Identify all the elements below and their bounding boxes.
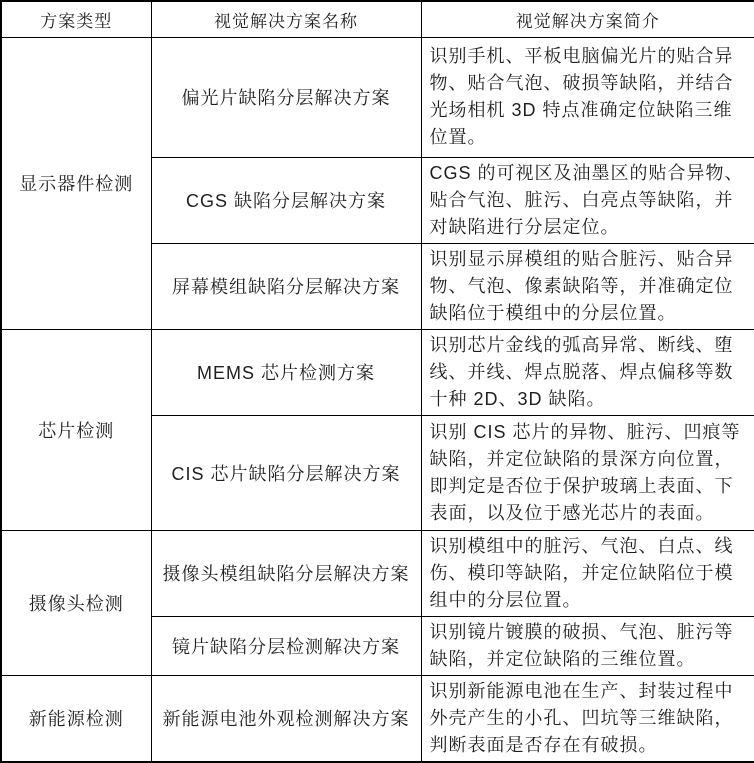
column-header-type: 方案类型 [1, 1, 151, 37]
category-cell-new-energy: 新能源检测 [1, 675, 151, 762]
solution-name-cell: 屏幕模组缺陷分层解决方案 [151, 243, 421, 329]
table-row: 显示器件检测 偏光片缺陷分层解决方案 识别手机、平板电脑偏光片的贴合异物、贴合气… [1, 37, 754, 157]
table-row: 新能源检测 新能源电池外观检测解决方案 识别新能源电池在生产、封装过程中外壳产生… [1, 675, 754, 762]
column-header-intro: 视觉解决方案简介 [421, 1, 754, 37]
solution-intro-cell: 识别镜片镀膜的破损、气泡、脏污等缺陷，并定位缺陷的三维位置。 [421, 616, 754, 675]
vision-solutions-table: 方案类型 视觉解决方案名称 视觉解决方案简介 显示器件检测 偏光片缺陷分层解决方… [0, 0, 754, 763]
header-row: 方案类型 视觉解决方案名称 视觉解决方案简介 [1, 1, 754, 37]
page: 方案类型 视觉解决方案名称 视觉解决方案简介 显示器件检测 偏光片缺陷分层解决方… [0, 0, 754, 756]
solution-name-cell: MEMS 芯片检测方案 [151, 329, 421, 415]
solution-name-cell: 摄像头模组缺陷分层解决方案 [151, 530, 421, 616]
solution-name-cell: CIS 芯片缺陷分层解决方案 [151, 415, 421, 530]
solution-intro-cell: 识别新能源电池在生产、封装过程中外壳产生的小孔、凹坑等三维缺陷，判断表面是否存在… [421, 675, 754, 762]
category-cell-chip: 芯片检测 [1, 329, 151, 530]
solution-name-cell: 偏光片缺陷分层解决方案 [151, 37, 421, 157]
solution-name-cell: 镜片缺陷分层检测解决方案 [151, 616, 421, 675]
table-row: 芯片检测 MEMS 芯片检测方案 识别芯片金线的弧高异常、断线、堕线、并线、焊点… [1, 329, 754, 415]
solution-intro-cell: 识别芯片金线的弧高异常、断线、堕线、并线、焊点脱落、焊点偏移等数十种 2D、3D… [421, 329, 754, 415]
column-header-name: 视觉解决方案名称 [151, 1, 421, 37]
solution-intro-cell: 识别模组中的脏污、气泡、白点、线伤、模印等缺陷，并定位缺陷位于模组中的分层位置。 [421, 530, 754, 616]
solution-intro-cell: CGS 的可视区及油墨区的贴合异物、贴合气泡、脏污、白亮点等缺陷，并对缺陷进行分… [421, 157, 754, 243]
solution-intro-cell: 识别手机、平板电脑偏光片的贴合异物、贴合气泡、破损等缺陷，并结合光场相机 3D … [421, 37, 754, 157]
solution-intro-cell: 识别 CIS 芯片的异物、脏污、凹痕等缺陷，并定位缺陷的景深方向位置，即判定是否… [421, 415, 754, 530]
category-cell-display-device: 显示器件检测 [1, 37, 151, 329]
category-cell-camera: 摄像头检测 [1, 530, 151, 675]
solution-name-cell: 新能源电池外观检测解决方案 [151, 675, 421, 762]
solution-intro-cell: 识别显示屏模组的贴合脏污、贴合异物、气泡、像素缺陷等，并准确定位缺陷位于模组中的… [421, 243, 754, 329]
table-row: 摄像头检测 摄像头模组缺陷分层解决方案 识别模组中的脏污、气泡、白点、线伤、模印… [1, 530, 754, 616]
solution-name-cell: CGS 缺陷分层解决方案 [151, 157, 421, 243]
